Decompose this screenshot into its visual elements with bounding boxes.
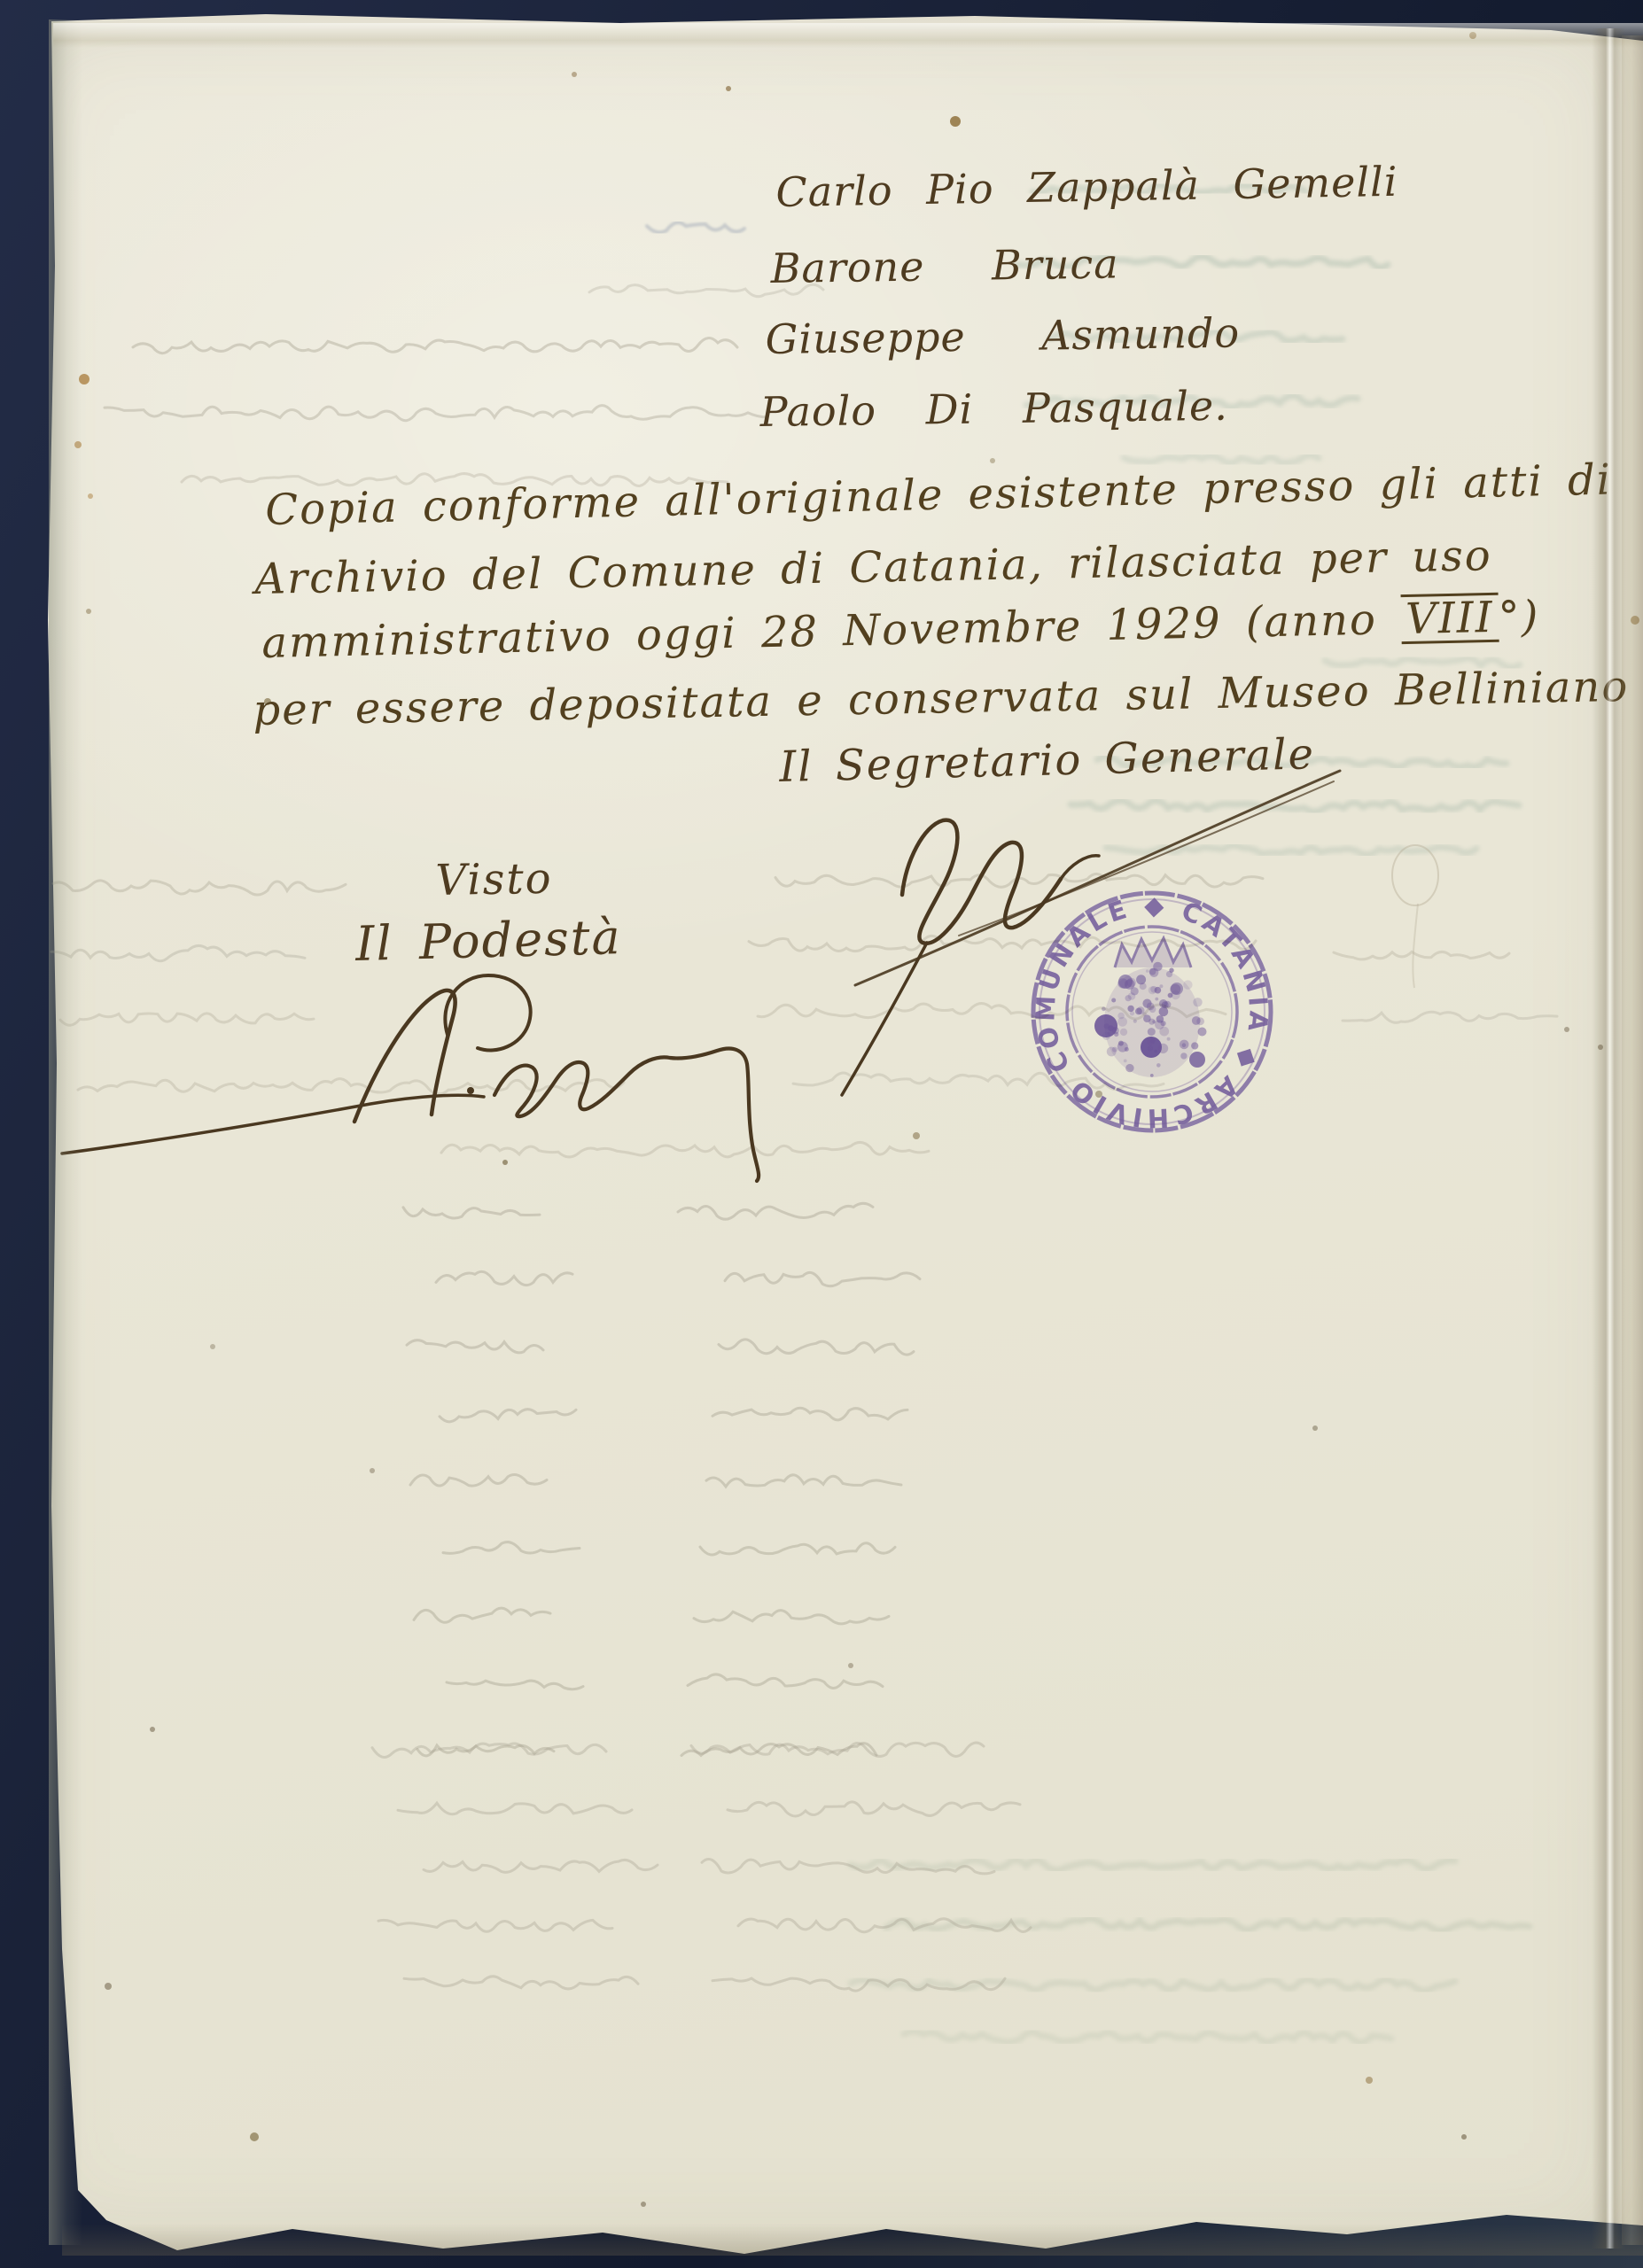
podesta-signature bbox=[62, 975, 759, 1181]
stamp-emblem bbox=[1094, 938, 1207, 1077]
scanned-document: Carlo Pio Zappalà Gemelli Barone Bruca G… bbox=[0, 0, 1643, 2268]
archive-stamp: ARCHIVIO COMUNALE ◆ CATANIA ◆ bbox=[1026, 882, 1278, 1141]
signatures-layer bbox=[0, 0, 1643, 2268]
